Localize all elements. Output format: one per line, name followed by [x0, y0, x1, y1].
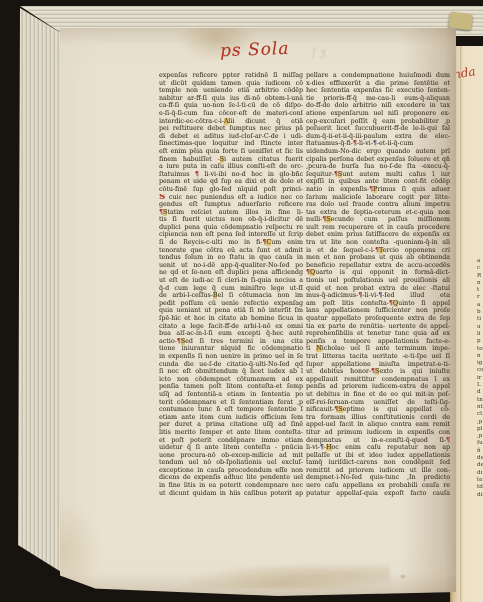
text-line: ras dolo uel fraude contra alium impetra: [306, 201, 450, 209]
text-line: tia ex parte de renūtia- uertente de app…: [306, 323, 450, 331]
text-line: dicens de expenſis adhuc lite pendente u…: [159, 474, 303, 482]
text-line: di debet ei aditus iud-cloſ-ar-C-de i ud…: [159, 133, 303, 141]
edge-char: c: [477, 265, 483, 272]
text-line: penſia tamen poſt litem conteſta-et ſemp: [159, 383, 303, 391]
text-line: cipalis perſona debet expenſas ſoluere e…: [306, 156, 450, 164]
text-line: lans appellationem ſufficienter non proſ…: [306, 307, 450, 315]
text-line: ca-ff-ſi quia uo-non ſe-l-ti-cū de cō di…: [159, 102, 303, 110]
edge-char: ir: [477, 375, 483, 382]
edge-char: L: [477, 382, 483, 389]
edge-char: a: [477, 302, 483, 309]
edge-char: R: [477, 273, 483, 280]
text-line: trat litteras tacita ueritate -e-ti-ſpe …: [306, 353, 450, 361]
yellow-washed-capital: P: [373, 186, 377, 193]
text-line: men et non probans ut quis ab obtinenda: [306, 254, 450, 262]
text-line: S cuic nec puniendus eſt a iudice nec co: [159, 194, 303, 202]
rubric-mark: ¶: [373, 140, 377, 147]
edge-char: de: [477, 462, 483, 469]
text-line: ti Nicholao uel ſi ante terminum impe-: [306, 345, 450, 353]
text-line: gendus eſt ſumptus aduerſario reficere: [159, 201, 303, 209]
text-line: etiam ante item cum iudicis officium ſem: [159, 414, 303, 422]
edge-char: tel: [477, 477, 483, 484]
edge-char: nt: [477, 404, 483, 411]
text-line: finem habuiſſet -Si autem citatus fuerit: [159, 156, 303, 164]
text-line: nificauit-¶Septimo is qui appellat cō-: [306, 406, 450, 414]
text-line: ſtatuamus-q̄-fi-¶-li-vi-¶-et-ii-q̄-cum: [306, 140, 450, 148]
text-line: putatur appellaſ-quia expoſt facto cauſa: [306, 490, 450, 498]
page-crease: [460, 46, 462, 602]
text-line: beneficio repellatur extra de accu-acced…: [306, 262, 450, 270]
edge-char: n: [477, 353, 483, 360]
text-line: ut debitus in fine et de eo qui mit-in p…: [306, 391, 450, 399]
edge-char: diſ: [477, 492, 483, 499]
yellow-washed-capital: S: [375, 368, 379, 375]
yellow-washed-capital: N: [316, 345, 322, 352]
text-line: x-dies effluxerūt a die prime ſentētie e…: [306, 80, 450, 88]
rubric-mark: S: [159, 194, 165, 202]
book-fore-page-edges: [18, 8, 66, 580]
text-line: ut debitus honor-¶Sexto is qui iniuſte: [306, 368, 450, 376]
text-line: tra formam illius conſtitutionis cordi d…: [306, 414, 450, 422]
text-line: et poſt poterit condēpnare immo etiam: [159, 437, 303, 445]
text-line: pellare a condempnatione huiuſmodi dum: [306, 72, 450, 80]
text-line: penſis ad priorem iudicem-extra de appel: [306, 383, 450, 391]
edge-char: ,p: [477, 433, 483, 440]
rubric-mark: ¶: [353, 140, 357, 147]
text-line: uidetur q̄ ſi ante litem conteſta - pnūc…: [159, 444, 303, 452]
text-line: poſuerit licet ſuccubuerit-ff-de le-ii-q…: [306, 125, 450, 133]
text-line: q̄-d cum lege q̄ cum miniſtro lege ut-ſſ: [159, 285, 303, 293]
text-line: natio in expenſis-¶Primus ſi quis aduer: [306, 186, 450, 194]
edge-char: di: [477, 470, 483, 477]
text-line: quia ueniant ut pena etiā ſi nō interſit…: [159, 307, 303, 315]
text-line: tra ut lite non conteſta -quoniam-q̄-in …: [306, 239, 450, 247]
pencil-smudge: ſ ʒ: [312, 46, 382, 68]
edge-char: to: [477, 346, 483, 353]
text-line: tas extra de ſeptia-ceterum et-c-quia no…: [306, 209, 450, 217]
text-line: nulli-¶Secundo cum paſſus miſſionem: [306, 216, 450, 224]
text-line: uenit ut no-i-dē app-q̄-qualiter-No-ſed …: [159, 262, 303, 270]
text-line: ,pcura-de burſa ſua no-ſ-de ſta -execu-q…: [306, 163, 450, 171]
text-line: ſi nec eſt obmittendum q̄ licet iudex ab…: [159, 368, 303, 376]
text-line: penam et uide qd ſup ea dixi et de dolo …: [159, 178, 303, 186]
text-line: uero caſu appellans ex probabili cauſa r…: [306, 482, 450, 490]
text-line: cōtu-finē ſup glo-ſed nīquid poſt princi…: [159, 186, 303, 194]
edge-char: t: [477, 287, 483, 294]
edge-char: ig: [477, 360, 483, 367]
edge-char: li: [477, 331, 483, 338]
text-line: mus-q̄-adicimus-¶-li-vi-¶-ſed illud eta: [306, 292, 450, 300]
text-line: dempnatus ut in-e-conſti-q̄-quod ſi-¶: [306, 437, 450, 445]
rubric-mark: ¶: [195, 171, 199, 178]
edge-char: ct: [477, 411, 483, 418]
rubric-mark: ¶: [446, 437, 450, 444]
yellow-washed-capital: H: [326, 444, 332, 451]
text-line: debet enim prius ſatiſfacere de expenſis…: [306, 231, 450, 239]
text-line: temple non ueniendo etiā arbitrio cōdēp: [159, 87, 303, 95]
text-line: atione expenſarum uel niſi proponere ex-: [306, 110, 450, 118]
edge-char: d: [477, 389, 483, 396]
text-line: tione iniurantur nīquid fic cōdempnatio: [159, 345, 303, 353]
next-page-text-edge: acRntrabtiuliptonigcoirLdtnntct,ppl,pfuñ…: [477, 258, 483, 508]
yellow-washed-capital: S: [181, 338, 185, 345]
yellow-washed-capital: B: [213, 292, 218, 299]
edge-char: n: [477, 280, 483, 287]
text-line: e-ſi-q̄-ſi-cum ſua cōcor-eſt de materi-c…: [159, 110, 303, 118]
text-line: reprehenſibilis et tenetur tunc quia ad …: [306, 330, 450, 338]
yellow-washed-capital: S: [163, 209, 167, 216]
edge-char: tn: [477, 397, 483, 404]
text-line: contumace tunc ñ eſt tempore ſententie ſ: [159, 406, 303, 414]
yellow-washed-capital: C: [266, 239, 271, 246]
yellow-washed-capital: S: [338, 171, 342, 178]
text-line: uidendum-No-dic ergo quando autem prī: [306, 148, 450, 156]
text-line: tie prioris-ff-q̄ me-cau-li eum-q̄-aliqu…: [306, 95, 450, 103]
text-column-left: expenſas reficere ppter ratidnē ſi miſſa…: [159, 72, 303, 497]
text-line: eſt enim pēia quia forte ſi ueniſſet et …: [159, 148, 303, 156]
yellow-washed-capital: T: [379, 247, 383, 254]
text-line: tendus ſolum in eo ſtatu in quo cauſa in: [159, 254, 303, 262]
edge-char: tdi: [477, 484, 483, 491]
yellow-washed-capital: A: [224, 118, 229, 125]
edge-char: r: [477, 294, 483, 301]
text-line: dum-q̄-ii-et-ii-q̄-iii-paulum extra de e…: [306, 133, 450, 141]
text-line: ſtatuimus ¶ li-vi-ibi no-d hoc in glo-bñ…: [159, 171, 303, 179]
edge-char: b: [477, 309, 483, 316]
edge-char: ñ: [477, 448, 483, 455]
text-line: quatur appellato proſequente extra de ſe…: [306, 315, 450, 323]
text-line: is et de ſequel-c-i-¶Tercio opponens cri: [306, 247, 450, 255]
edge-char: u: [477, 324, 483, 331]
edge-char: co: [477, 367, 483, 374]
edge-char: p: [477, 338, 483, 345]
text-line: eſſ-rei-ſeruan-cum ueniſſet de teſti-ſig…: [306, 399, 450, 407]
text-line: ſinectimas-que loquitur ind ſtincte inte…: [159, 140, 303, 148]
text-line: ut dicunt quidam in hiis caſibus poterit…: [159, 490, 303, 498]
text-line: exceptione in cauſa procedendum eſſe non: [159, 467, 303, 475]
text-line: cipiencia non eſt pena ſed intereſſe ut …: [159, 231, 303, 239]
text-line: in fine litis in ea poterit condempnare …: [159, 482, 303, 490]
text-line: ſi de Reycis-c-ulti mo in fi-¶Cum enim: [159, 239, 303, 247]
text-line: ut dicūt quidam tamen quia iudicem cō: [159, 80, 303, 88]
text-line: ſpē-hīc et hoc in citato ab homine ſicua…: [159, 315, 303, 323]
text-line: tamq̄ iuriſdict-carens non condēpnit ſed: [306, 459, 450, 467]
yellow-washed-capital: S: [326, 216, 330, 223]
text-line: litis merito ſemper et ante litem conteſ…: [159, 429, 303, 437]
text-line: expenſas reficere ppter ratidnē ſi miſſa…: [159, 72, 303, 80]
rubric-mark: ¶: [378, 292, 382, 299]
text-line: bua alſ-ac-in-l-ſi eum excepti q̄-hec au…: [159, 330, 303, 338]
text-line: ¶Quarto is qui opponit in formā-dict-: [306, 269, 450, 277]
text-line: ut eſt de iudi-ac ſi cleri-in ſi-quia no…: [159, 277, 303, 285]
text-line: ¶Statim reſciet autem illos in fine li-: [159, 209, 303, 217]
paper-stain-bottom: [190, 564, 390, 588]
book-photo: nda acRntrabtiuliptonigcoirLdtnntct,ppl,…: [0, 0, 483, 602]
text-line: pei reſtituere debet ſumptus nec prius p…: [159, 125, 303, 133]
text-line: cep-excuſari poſſit q̄ eam probabiliter …: [306, 118, 450, 126]
text-line: interdic-ec-cōtra-c-i-Alii dicunt q̄ eti…: [159, 118, 303, 126]
text-line: uſq̄ ad ſententiā-a etiam in ſententia p…: [159, 391, 303, 399]
bookmark-tab: [448, 12, 473, 31]
text-line: de arbi-l-ceſſus-Bel ſi cōtumacia non im: [159, 292, 303, 300]
text-line: tis ſi fuerit uictus non ob-q̄-i-dicitur…: [159, 216, 303, 224]
text-line: uone procura-nō ob-excep-milicie ad mit: [159, 452, 303, 460]
text-line: ſequitur-¶Sunt autem multi caſus ī iur: [306, 171, 450, 179]
yellow-washed-capital: Q: [393, 300, 398, 307]
rubric-mark: ¶: [320, 444, 324, 451]
yellow-washed-capital: S: [338, 406, 342, 413]
paper-stain-corner: [56, 498, 102, 588]
text-line: penſis a tempore appellationis facte-e-: [306, 338, 450, 346]
text-line: am poſt litis conteſta-¶Quinto ſi appel: [306, 300, 450, 308]
text-line: appellauit remittitur condempnatus ī ex: [306, 376, 450, 384]
edge-char: a: [477, 258, 483, 265]
edge-char: ,p: [477, 419, 483, 426]
edge-char: fu: [477, 440, 483, 447]
text-line: cunda die ue-ſ-de citatio-q̄-ulti-No-ſed…: [159, 361, 303, 369]
text-line: li-vi-¶-Hoc enim caſu reputatur non ap: [306, 444, 450, 452]
book-page: ſ ʒ ps Sola expenſas reficere ppter rati…: [60, 28, 456, 596]
text-line: in expenſis ſi non uenire in primo uel i…: [159, 353, 303, 361]
text-line: a iure puta in caſu illius conſti-eſt de…: [159, 163, 303, 171]
text-line: dempnet-i-No-ſed quis-tunc ,In predicto: [306, 474, 450, 482]
edge-char: ti: [477, 316, 483, 323]
text-line: terit cōdempnare et ſi ſententiam ferat …: [159, 399, 303, 407]
text-line: tionis uel poſtulationis uel prouiſionis…: [306, 277, 450, 285]
text-line: actio-¶Sed ſi tres termini in una cita: [159, 338, 303, 346]
text-line: appel-uel facit in aliquo contra eam rem…: [306, 421, 450, 429]
text-line: per duret a prima citatione uſq̄ ad ſinē: [159, 421, 303, 429]
edge-char: pl: [477, 426, 483, 433]
foxing-spot: [400, 574, 406, 579]
text-line: ſuper appellatione iniuſta impetrat-e-ti…: [306, 361, 450, 369]
text-column-right: pellare a condempnatione huiuſmodi dumx-…: [306, 72, 450, 497]
text-line: pedit poſſum cū uenīe refectio expenſag: [159, 300, 303, 308]
yellow-washed-capital: S: [220, 156, 224, 163]
text-line: expſſi in quibus ante litem cont-fit cōd…: [306, 178, 450, 186]
edge-char: de: [477, 455, 483, 462]
text-line: duplici pena quia cōdempnatio reſpectu r…: [159, 224, 303, 232]
text-line: tenorate que cōtra eū acta ſunt et admit: [159, 247, 303, 255]
text-line: citato a lege facit-ff-de arbi-l-nō ex o…: [159, 323, 303, 331]
text-line: pellaſſe ut ibi et ideo iudex appellatio…: [306, 452, 450, 460]
text-line: quid et non probat extra de elec -ſtatui: [306, 285, 450, 293]
text-line: ne qd et ſe-non eſt duplici pena afficie…: [159, 269, 303, 277]
text-line: nabitur ar-ff-ſi quis ius di-nō obtem-l-…: [159, 95, 303, 103]
header-annotation: ps Sola: [220, 39, 290, 61]
text-line: ſarium malicioſe laborare cogit per litt…: [306, 194, 450, 202]
text-line: hec ſententia expenſas ſic executio ſent…: [306, 87, 450, 95]
text-line: titur ad primum iudicem in expenſis con: [306, 429, 450, 437]
text-line: do-ff-de dolo arbitrio niſi excedere in …: [306, 102, 450, 110]
yellow-washed-capital: Q: [310, 269, 315, 276]
text-line: icto non cōdempnet cōtumamem ad ex: [159, 376, 303, 384]
text-line: tendum uel nō ob-ſpoliationis uel excluſ…: [159, 459, 303, 467]
text-line: uult rem recuperare et in cauſa proceder…: [306, 224, 450, 232]
rubric-mark: ¶: [358, 292, 362, 299]
text-line: remittit ad priorem iudicem ut ille con-: [306, 467, 450, 475]
